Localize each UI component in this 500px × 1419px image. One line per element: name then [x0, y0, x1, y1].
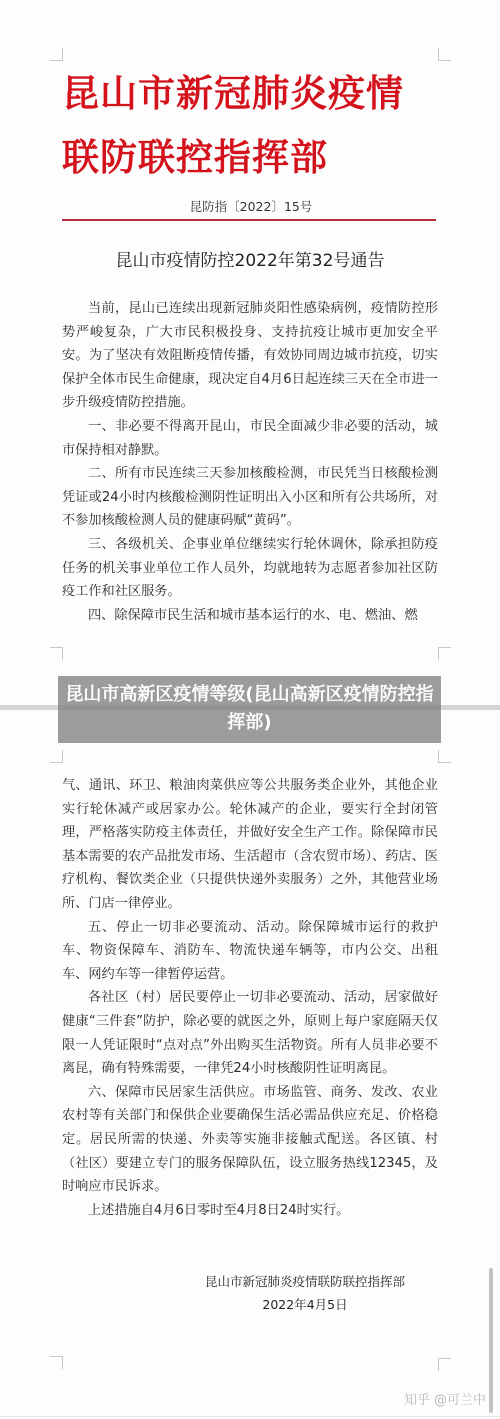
notice-title: 昆山市疫情防控2022年第32号通告	[0, 246, 500, 271]
signature-org: 昆山市新冠肺炎疫情联防联控指挥部	[0, 1272, 500, 1290]
signature-date: 2022年4月5日	[0, 1295, 500, 1313]
paragraph-item-4-start: 四、除保障市民生活和城市基本运行的水、电、燃油、燃	[62, 604, 438, 628]
paragraph-item-2: 二、所有市民连续三天参加核酸检测，市民凭当日核酸检测凭证或24小时内核酸检测阴性…	[62, 462, 438, 533]
caption-overlay: 昆山市高新区疫情等级(昆山高新区疫情防控指挥部)	[58, 676, 441, 743]
zhihu-watermark: 知乎 @可兰中	[404, 1389, 486, 1408]
body-page2: 气、通讯、环卫、粮油肉菜供应等公共服务类企业外，其他企业实行轮休减产或居家办公。…	[62, 774, 438, 1222]
org-title-line1: 昆山市新冠肺炎疫情	[62, 72, 404, 116]
page-corner-mark	[438, 48, 451, 61]
page-corner-mark	[438, 1358, 451, 1371]
red-divider-rule	[62, 219, 436, 221]
page-corner-mark	[50, 48, 63, 61]
page-corner-mark	[50, 1356, 63, 1369]
paragraph-item-4-cont: 气、通讯、环卫、粮油肉菜供应等公共服务类企业外，其他企业实行轮休减产或居家办公。…	[62, 774, 438, 916]
body-page1: 当前，昆山已连续出现新冠肺炎阳性感染病例，疫情防控形势严峻复杂，广大市民积极投身…	[62, 297, 438, 627]
paragraph-effective: 上述措施自4月6日零时至4月8日24时实行。	[62, 1199, 438, 1223]
doc-number: 昆防指〔2022〕15号	[0, 197, 500, 215]
page-corner-mark	[50, 750, 63, 763]
paragraph-intro: 当前，昆山已连续出现新冠肺炎阳性感染病例，疫情防控形势严峻复杂，广大市民积极投身…	[62, 297, 438, 415]
page-corner-mark	[50, 647, 63, 660]
scrollbar-thumb[interactable]	[489, 1268, 493, 1413]
page-corner-mark	[438, 647, 451, 660]
org-title-line2: 联防联控指挥部	[62, 136, 328, 180]
paragraph-item-3: 三、各级机关、企事业单位继续实行轮休调休，除承担防疫任务的机关事业单位工作人员外…	[62, 533, 438, 604]
paragraph-item-5: 五、停止一切非必要流动、活动。除保障城市运行的救护车、物资保障车、消防车、物流快…	[62, 916, 438, 987]
paragraph-item-1: 一、非必要不得离开昆山，市民全面减少非必要的活动，城市保持相对静默。	[62, 415, 438, 462]
doc-number-text: 昆防指〔2022〕15号	[190, 199, 313, 214]
bottom-border	[0, 1416, 500, 1417]
paragraph-item-6: 六、保障市民居家生活供应。市场监管、商务、发改、农业农村等有关部门和保供企业要确…	[62, 1081, 438, 1199]
page-corner-mark	[438, 750, 451, 763]
paragraph-community: 各社区（村）居民要停止一切非必要流动、活动，居家做好健康“三件套”防护，除必要的…	[62, 986, 438, 1080]
